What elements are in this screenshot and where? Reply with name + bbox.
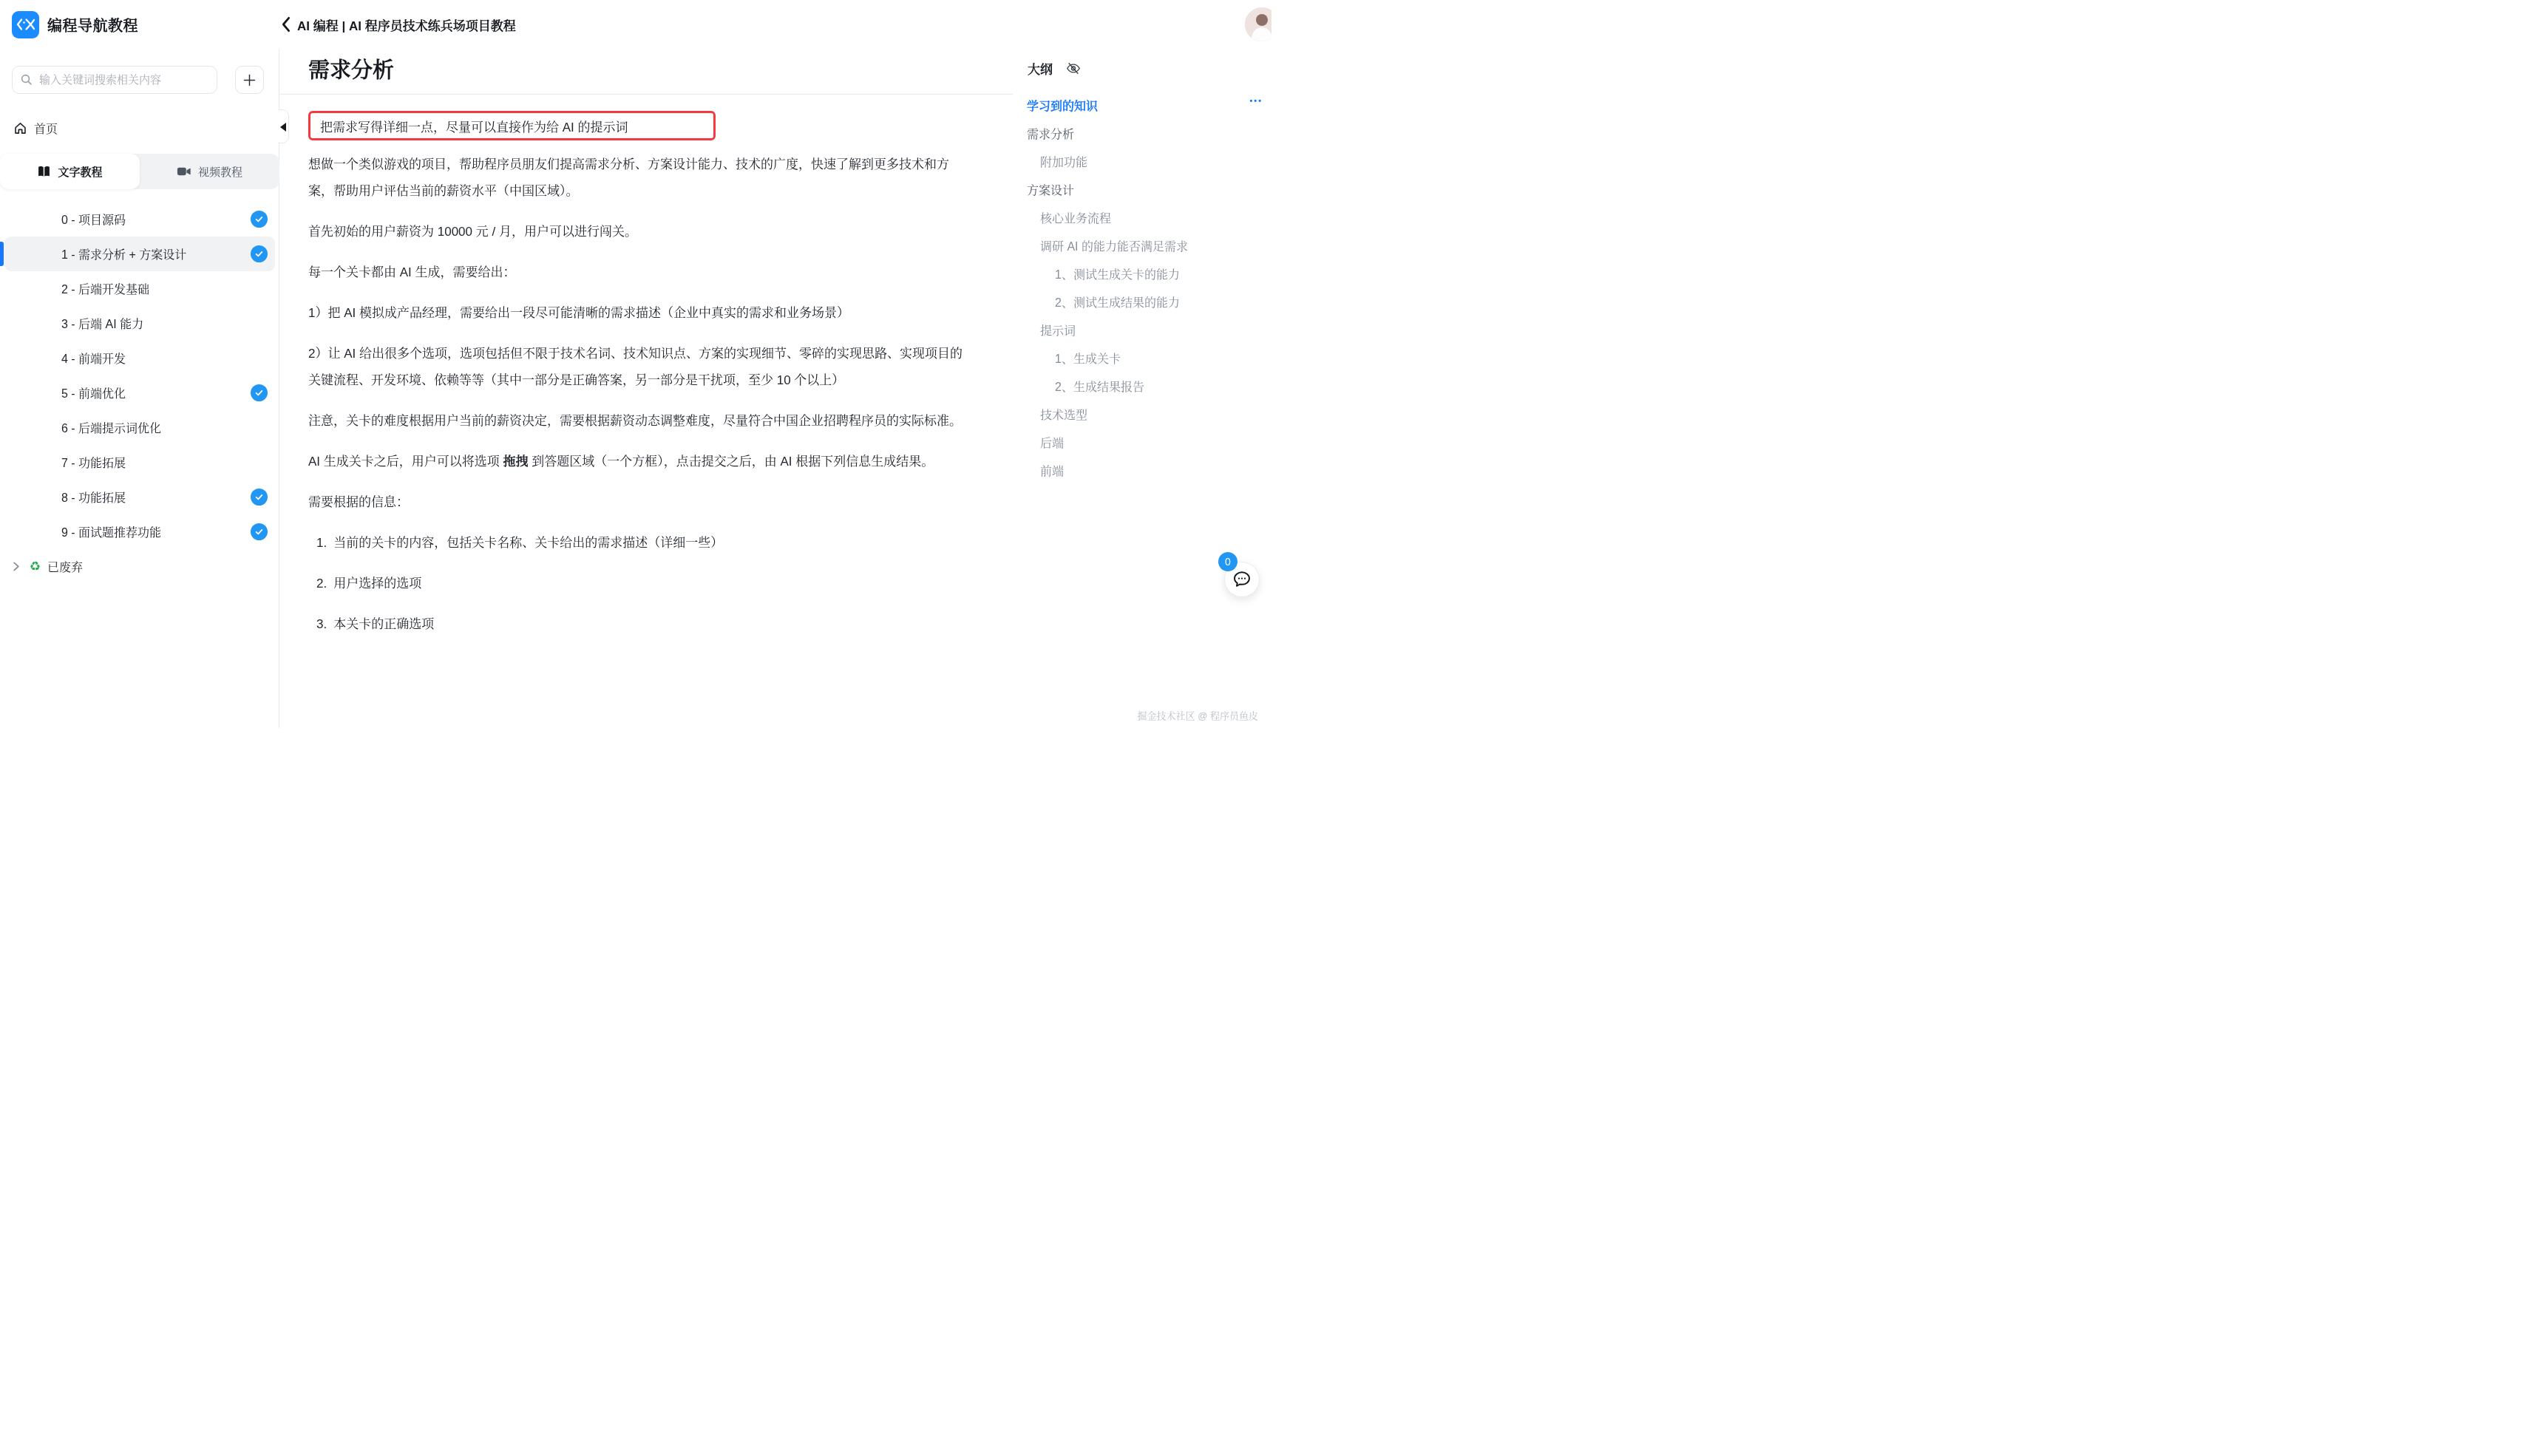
chat-bubble-icon [1232, 570, 1252, 589]
outline-item-label: 后端 [1040, 434, 1064, 451]
sidebar-item-chapter[interactable]: 1 - 需求分析 + 方案设计 [4, 237, 275, 271]
app-title: 编程导航教程 [47, 14, 138, 35]
home-label: 首页 [34, 120, 58, 137]
content-paragraph: 首先初始的用户薪资为 10000 元 / 月，用户可以进行闯关。 [308, 219, 971, 245]
watermark: 掘金技术社区 @ 程序员鱼皮 [1138, 708, 1258, 722]
list-item: 2. 用户选择的选项 [308, 571, 971, 597]
article: 需求分析 把需求写得详细一点，尽量可以直接作为给 AI 的提示词 想做一个类似游… [308, 56, 971, 652]
chevron-right-icon [10, 560, 21, 573]
tab-label: 视频教程 [198, 164, 242, 180]
list-item: 1. 当前的关卡的内容，包括关卡名称、关卡给出的需求描述（详细一些） [308, 530, 971, 557]
page-title: 需求分析 [308, 56, 971, 86]
content-paragraph: 1）把 AI 模拟成产品经理，需要给出一段尽可能清晰的需求描述（企业中真实的需求… [308, 300, 971, 327]
list-item: 3. 本关卡的正确选项 [308, 611, 971, 638]
chapter-list: 0 - 项目源码 1 - 需求分析 + 方案设计 2 - 后端开发基础 3 - … [0, 202, 279, 584]
sidebar-item-archived[interactable]: ♻ 已废弃 [4, 549, 275, 584]
outline-item-label: 提示词 [1040, 322, 1076, 339]
outline-item[interactable]: 核心业务流程 [1013, 203, 1270, 231]
active-indicator [0, 242, 4, 266]
add-button[interactable] [235, 66, 264, 94]
video-camera-icon [177, 164, 191, 179]
sidebar-item-chapter[interactable]: 8 - 功能拓展 [4, 480, 275, 514]
outline-list: 学习到的知识 ••• 需求分析 附加功能 方案设计 核心业务流程 调研 AI 的… [1013, 91, 1270, 484]
list-item-number: 2. [316, 571, 327, 597]
outline-item-label: 需求分析 [1027, 125, 1074, 142]
sidebar-item-chapter[interactable]: 6 - 后端提示词优化 [4, 410, 275, 445]
outline-item-label: 1、测试生成关卡的能力 [1055, 265, 1180, 282]
content-paragraph: 2）让 AI 给出很多个选项，选项包括但不限于技术名词、技术知识点、方案的实现细… [308, 341, 971, 394]
chapter-label: 1 - 需求分析 + 方案设计 [61, 245, 186, 262]
list-item-text: 本关卡的正确选项 [333, 611, 434, 638]
outline-item-label: 1、生成关卡 [1055, 350, 1121, 367]
chapter-label: 3 - 后端 AI 能力 [61, 315, 143, 332]
breadcrumb[interactable]: AI 编程 | AI 程序员技术练兵场项目教程 [281, 0, 516, 49]
sidebar-item-chapter[interactable]: 9 - 面试题推荐功能 [4, 514, 275, 549]
search-input[interactable] [12, 66, 217, 94]
check-badge-icon [251, 489, 268, 506]
check-badge-icon [251, 523, 268, 540]
outline-item-label: 学习到的知识 [1027, 97, 1098, 114]
chapter-label: 6 - 后端提示词优化 [61, 419, 161, 436]
sidebar-item-chapter[interactable]: 7 - 功能拓展 [4, 445, 275, 480]
top-header: 编程导航教程 AI 编程 | AI 程序员技术练兵场项目教程 [0, 0, 1271, 49]
left-sidebar: 首页 文字教程 视频教程 0 - 项目源码 1 - 需求分析 + 方案设计 2 … [0, 49, 279, 728]
notification-count-badge: 0 [1218, 552, 1237, 571]
outline-item-label: 前端 [1040, 462, 1064, 479]
outline-item-label: 2、测试生成结果的能力 [1055, 293, 1180, 310]
outline-header: 大纲 [1013, 59, 1270, 77]
outline-item[interactable]: 技术选型 [1013, 400, 1270, 428]
outline-item-label: 2、生成结果报告 [1055, 378, 1144, 395]
page: 编程导航教程 AI 编程 | AI 程序员技术练兵场项目教程 首页 [0, 0, 1271, 728]
outline-item[interactable]: 2、测试生成结果的能力 [1013, 288, 1270, 316]
content-paragraph: 注意，关卡的难度根据用户当前的薪资决定，需要根据薪资动态调整难度，尽量符合中国企… [308, 408, 971, 435]
recycle-icon: ♻ [30, 559, 41, 574]
tutorial-type-tabs: 文字教程 视频教程 [0, 154, 279, 189]
check-badge-icon [251, 245, 268, 262]
back-chevron-icon [281, 16, 291, 33]
sidebar-item-chapter[interactable]: 3 - 后端 AI 能力 [4, 306, 275, 341]
brand-home-link[interactable]: 编程导航教程 [12, 0, 138, 49]
chapter-label: 2 - 后端开发基础 [61, 280, 149, 297]
outline-item[interactable]: 方案设计 [1013, 175, 1270, 203]
chapter-label: 0 - 项目源码 [61, 211, 126, 228]
highlight-callout: 把需求写得详细一点，尽量可以直接作为给 AI 的提示词 [308, 111, 716, 140]
outline-item-label: 附加功能 [1040, 153, 1087, 170]
chapter-label: 5 - 前端优化 [61, 384, 126, 401]
plus-icon [242, 72, 257, 88]
outline-item[interactable]: 1、生成关卡 [1013, 344, 1270, 372]
content-paragraph: 需要根据的信息： [308, 489, 971, 516]
list-item-text: 用户选择的选项 [333, 571, 421, 597]
article-body: 想做一个类似游戏的项目，帮助程序员朋友们提高需求分析、方案设计能力、技术的广度，… [308, 152, 971, 516]
outline-item[interactable]: 1、测试生成关卡的能力 [1013, 259, 1270, 288]
sidebar-item-chapter[interactable]: 4 - 前端开发 [4, 341, 275, 375]
list-item-number: 3. [316, 611, 327, 638]
sidebar-item-chapter[interactable]: 2 - 后端开发基础 [4, 271, 275, 306]
chapter-label: 7 - 功能拓展 [61, 454, 126, 471]
more-icon[interactable]: ••• [1249, 97, 1263, 106]
outline-item-label: 方案设计 [1027, 181, 1074, 198]
outline-panel: 大纲 学习到的知识 ••• 需求分析 附加功能 方案设计 核心业务流程 调研 A… [1013, 59, 1270, 484]
sidebar-item-home[interactable]: 首页 [13, 118, 58, 137]
outline-item-label: 技术选型 [1040, 406, 1087, 423]
chapter-label: 8 - 功能拓展 [61, 489, 126, 506]
tab-label: 文字教程 [58, 164, 102, 180]
home-icon [13, 121, 27, 135]
tab-video-tutorial[interactable]: 视频教程 [140, 154, 279, 189]
list-item-number: 1. [316, 530, 327, 557]
outline-item[interactable]: 需求分析 [1013, 119, 1270, 147]
outline-item[interactable]: 前端 [1013, 456, 1270, 484]
outline-item[interactable]: 后端 [1013, 428, 1270, 456]
outline-title: 大纲 [1028, 59, 1053, 78]
outline-item-label: 核心业务流程 [1040, 209, 1111, 226]
outline-item[interactable]: 调研 AI 的能力能否满足需求 [1013, 231, 1270, 259]
outline-item-label: 调研 AI 的能力能否满足需求 [1040, 237, 1188, 254]
outline-item[interactable]: 附加功能 [1013, 147, 1270, 175]
check-badge-icon [251, 384, 268, 401]
tab-text-tutorial[interactable]: 文字教程 [0, 154, 140, 189]
book-icon [37, 165, 51, 179]
sidebar-collapse-button[interactable] [279, 109, 289, 143]
chapter-label: 9 - 面试题推荐功能 [61, 523, 161, 540]
outline-item[interactable]: 2、生成结果报告 [1013, 372, 1270, 400]
outline-item[interactable]: 提示词 [1013, 316, 1270, 344]
sidebar-item-chapter[interactable]: 5 - 前端优化 [4, 375, 275, 410]
list-item-text: 当前的关卡的内容，包括关卡名称、关卡给出的需求描述（详细一些） [333, 530, 723, 557]
outline-item[interactable]: 学习到的知识 ••• [1013, 91, 1270, 119]
sidebar-item-chapter[interactable]: 0 - 项目源码 [4, 202, 275, 237]
content-paragraph: AI 生成关卡之后，用户可以将选项 拖拽 到答题区域（一个方框），点击提交之后，… [308, 449, 971, 475]
highlight-text: 把需求写得详细一点，尽量可以直接作为给 AI 的提示词 [320, 117, 628, 135]
outline-visibility-toggle[interactable] [1066, 61, 1081, 75]
collapse-left-icon [280, 123, 286, 132]
user-avatar[interactable] [1245, 7, 1271, 41]
check-badge-icon [251, 211, 268, 228]
chapter-label: 4 - 前端开发 [61, 350, 126, 367]
content-paragraph: 想做一个类似游戏的项目，帮助程序员朋友们提高需求分析、方案设计能力、技术的广度，… [308, 152, 971, 205]
app-logo-icon [12, 11, 39, 38]
numbered-list: 1. 当前的关卡的内容，包括关卡名称、关卡给出的需求描述（详细一些） 2. 用户… [308, 530, 971, 638]
breadcrumb-text: AI 编程 | AI 程序员技术练兵场项目教程 [297, 16, 516, 34]
eye-off-icon [1066, 61, 1081, 75]
content-paragraph: 每一个关卡都由 AI 生成，需要给出： [308, 259, 971, 286]
archived-label: 已废弃 [47, 558, 83, 575]
